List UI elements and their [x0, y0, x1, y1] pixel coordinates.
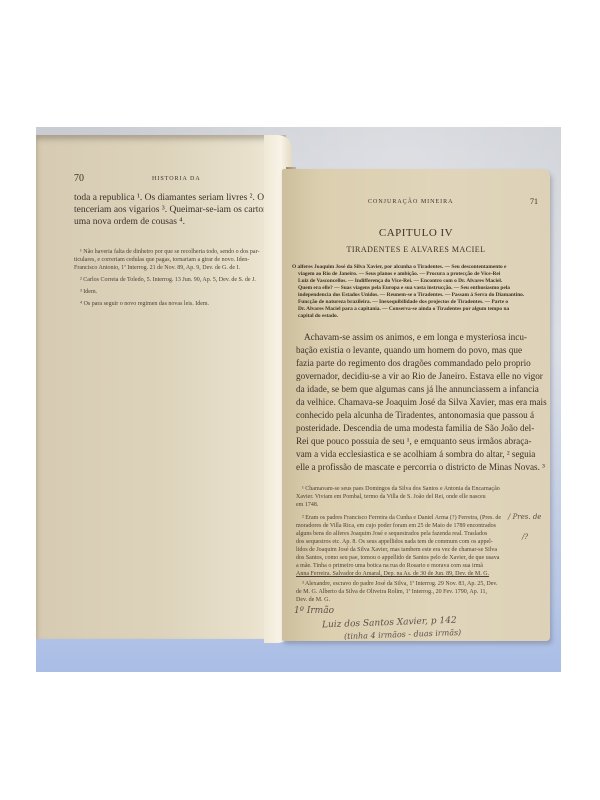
right-footnote: Xavier. Viviam em Pombal, termo da Villa…	[296, 493, 486, 501]
handwritten-margin-note: /?	[522, 533, 528, 541]
right-body-line: posteridade. Descendia de uma modesta fa…	[296, 422, 534, 434]
chapter-subtitle: TIRADENTES E ALVARES MACIEL	[282, 245, 550, 254]
left-running-head: HISTORIA DA	[152, 176, 201, 182]
right-footnote: a mãe. Tinha o primeiro uma botica na ru…	[296, 562, 483, 570]
chapter-summary-line: capital do estado.	[298, 313, 338, 320]
left-footnote: ² Carlos Correia de Toledo, 5. Interrog.…	[80, 276, 256, 284]
right-footnote: moradores de Villa Rica, em cujo poder f…	[296, 522, 496, 530]
handwritten-note: (tinha 4 irmãos - duas irmãs)	[344, 628, 461, 641]
left-footnote: ¹ Não haveria falta de dinheiro por que …	[80, 248, 259, 256]
left-footnote: ³ Idem.	[80, 288, 97, 296]
right-body-line: Rei que pouco possuia de seu ¹, e emquan…	[296, 435, 531, 447]
right-body-line: vam a vida ecclesiastica e se acolhiam á…	[296, 448, 535, 460]
book-photo: 70 HISTORIA DA toda a republica ¹. Os di…	[36, 127, 561, 672]
right-footnote: de M. G. Alberto da Silva de Oliveira Ro…	[296, 588, 487, 596]
left-footnote: ticulares, e correriam cedulas que pagas…	[74, 256, 249, 264]
right-footnote: Dev. de M. G.	[296, 596, 330, 604]
right-body-line: conhecido pela alcunha de Tiradentes, an…	[296, 409, 534, 421]
left-footnote: Francisco Antonio, 1ª Interrog. 21 de No…	[74, 264, 240, 272]
right-page: CONJURAÇÃO MINEIRA 71 CAPITULO IV TIRADE…	[282, 169, 550, 641]
left-body-line: uma nova ordem de cousas ⁴.	[74, 216, 185, 228]
right-footnote: alguns bens do alferes Joaquim José e se…	[296, 530, 487, 538]
handwritten-note: 1º Irmão	[294, 606, 334, 616]
right-footnote: dos Santos, como seu pae, tomou o appell…	[296, 554, 499, 562]
right-footnote: lidos de Joaquim José da Silva Xavier, m…	[296, 546, 497, 554]
left-page-number: 70	[74, 173, 84, 184]
right-body-line: Achavam-se assim os animos, e em longa e…	[304, 331, 527, 343]
right-body-line: fazia parte do regimento dos dragões com…	[296, 357, 531, 369]
right-footnote: ² Eram os padres Francisco Ferreira da C…	[302, 514, 501, 522]
right-body-line: bação existia o levante, quando um homem…	[296, 344, 522, 356]
right-body-line: elle a profissão de mascate e percorria …	[296, 461, 545, 473]
right-body-line: da velhice. Chamava-se Joaquim José da S…	[296, 396, 547, 408]
right-footnote: ³ Alexandre, escravo do padre José da Si…	[302, 580, 497, 588]
right-footnote: dos sequestros etc. Ap. 8. Os seus appel…	[296, 538, 493, 546]
right-footnote: Anna Ferreira. Salvador do Amaral, Dep. …	[296, 570, 489, 578]
right-footnote: em 1748.	[296, 501, 318, 509]
right-footnote: ¹ Chamavam-se seus paes Domingos da Silv…	[302, 485, 500, 493]
right-body-line: governador, decidiu-se a vir ao Rio de J…	[296, 370, 543, 382]
chapter-title: CAPITULO IV	[282, 227, 550, 239]
handwritten-margin-note: / Pres. de	[508, 513, 541, 521]
left-page: 70 HISTORIA DA toda a republica ¹. Os di…	[36, 135, 286, 639]
right-page-number: 71	[530, 197, 538, 206]
right-body-line: da idade, se bem que algumas cans já lhe…	[296, 383, 539, 395]
left-footnote: ⁴ Os para seguir o novo regimen das nova…	[80, 300, 209, 308]
right-running-head: CONJURAÇÃO MINEIRA	[368, 199, 454, 205]
